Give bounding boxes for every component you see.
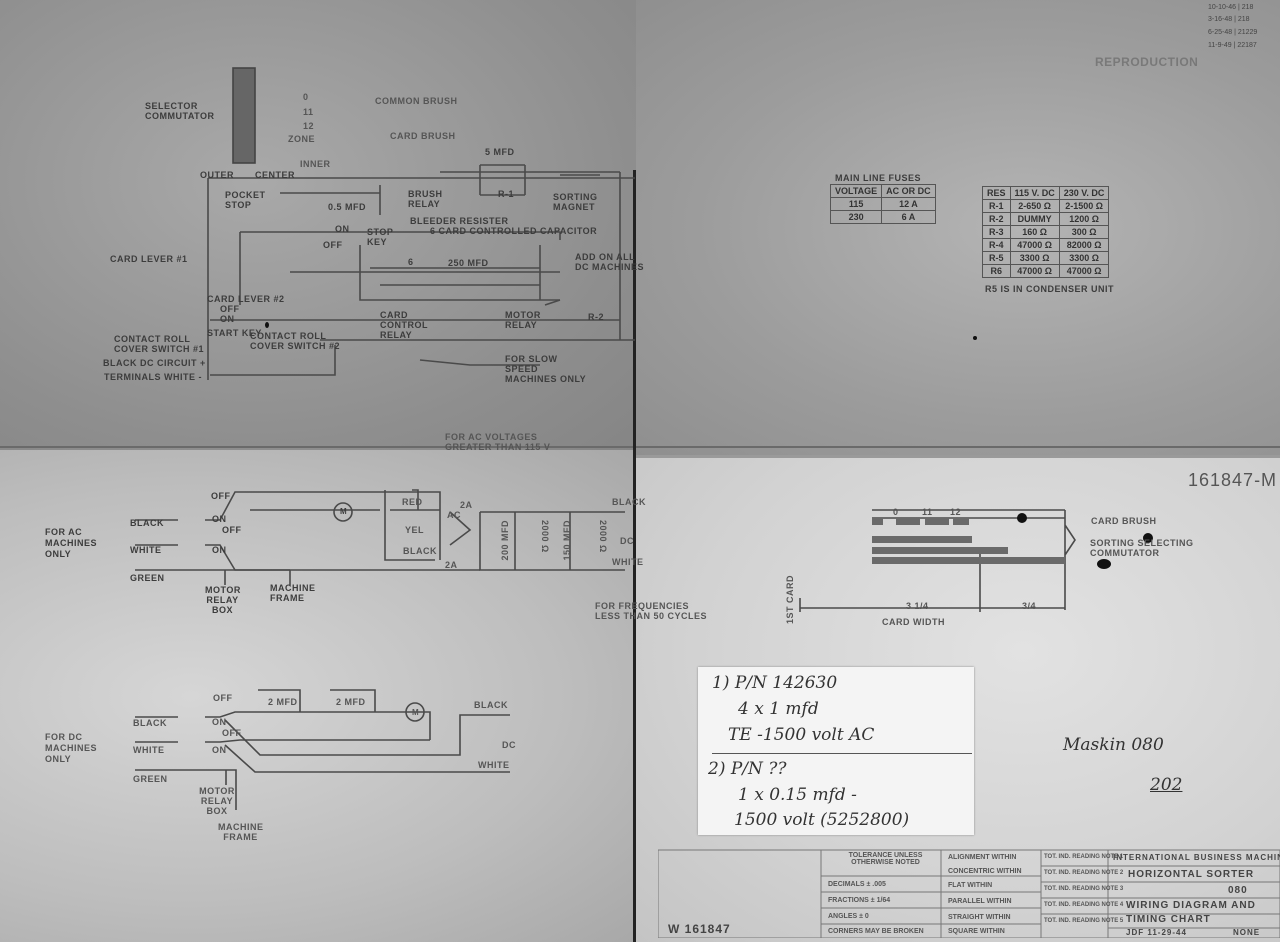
dc-green: GREEN bbox=[133, 774, 168, 784]
ac-out-dc: DC bbox=[620, 536, 634, 546]
tolerance-fractions: FRACTIONS ± 1/64 bbox=[828, 897, 890, 904]
tolerance-decimals: DECIMALS ± .005 bbox=[828, 881, 886, 888]
label-r1: R-1 bbox=[498, 189, 514, 199]
note-5: TOT. IND. READING NOTE 5 bbox=[1044, 918, 1123, 924]
dc-motor-label: M bbox=[412, 708, 419, 718]
geo-concentric: CONCENTRIC WITHIN bbox=[948, 868, 1022, 875]
dc-motor-relay-box: MOTOR RELAY BOX bbox=[198, 786, 236, 816]
dc-switch-off-1: OFF bbox=[213, 693, 233, 703]
table-row: 115 12 A bbox=[831, 198, 936, 211]
label-bleeder-resister: BLEEDER RESISTER bbox=[410, 216, 509, 226]
corners-note: CORNERS MAY BE BROKEN bbox=[828, 928, 924, 935]
table-row: R-447000 Ω82000 Ω bbox=[983, 239, 1109, 252]
label-terminals-white: TERMINALS WHITE - bbox=[104, 372, 202, 382]
table-row: 230 6 A bbox=[831, 211, 936, 224]
table-row: R647000 Ω47000 Ω bbox=[983, 265, 1109, 278]
note-2: TOT. IND. READING NOTE 2 bbox=[1044, 870, 1123, 876]
drawing-name-2: TIMING CHART bbox=[1126, 914, 1211, 925]
revision-block: 10-10-46 | 218 3-16-48 | 218 6-25-48 | 2… bbox=[1205, 0, 1280, 55]
geo-alignment: ALIGNMENT WITHIN bbox=[948, 854, 1016, 861]
fuses-header-acdc: AC OR DC bbox=[882, 185, 936, 198]
ac-2a-top: 2A bbox=[460, 500, 473, 510]
label-card-controlled-capacitor: 6 CARD CONTROLLED CAPACITOR bbox=[430, 226, 597, 236]
label-lever-off: OFF bbox=[220, 304, 240, 314]
ac-motor-relay-box: MOTOR RELAY BOX bbox=[205, 585, 240, 615]
ac-motor-label: M bbox=[340, 507, 347, 517]
timing-1st-card: 1ST CARD bbox=[785, 575, 795, 624]
ac-200-mfd: 200 MFD bbox=[500, 520, 510, 561]
tolerance-header: TOLERANCE UNLESS OTHERWISE NOTED bbox=[838, 852, 933, 866]
dc-switch-on-2: ON bbox=[212, 745, 227, 755]
dc-2-mfd-2: 2 MFD bbox=[336, 697, 366, 707]
label-center: CENTER bbox=[255, 170, 295, 180]
ac-green: GREEN bbox=[130, 573, 165, 583]
scale: NONE bbox=[1233, 928, 1260, 937]
timing-card-brush: CARD BRUSH bbox=[1091, 516, 1157, 526]
ac-machine-frame: MACHINE FRAME bbox=[270, 583, 315, 603]
label-card-lever-2: CARD LEVER #2 bbox=[207, 294, 285, 304]
ac-white: WHITE bbox=[130, 545, 162, 555]
ac-2000-ohm-1: 2000 Ω bbox=[540, 520, 550, 553]
revision-entry: 11-9-49 | 22187 bbox=[1208, 42, 1257, 49]
machine-name: HORIZONTAL SORTER bbox=[1128, 869, 1254, 880]
dc-machine-frame: MACHINE FRAME bbox=[218, 822, 263, 842]
timing-card-width: CARD WIDTH bbox=[882, 617, 945, 627]
drawn-by: JDF 11-29-44 bbox=[1126, 928, 1187, 937]
table-row: R-53300 Ω3300 Ω bbox=[983, 252, 1109, 265]
timing-col-12: 12 bbox=[950, 507, 961, 517]
label-off: OFF bbox=[323, 240, 343, 250]
ac-out-white: WHITE bbox=[612, 557, 644, 567]
label-lever-on: ON bbox=[220, 314, 235, 324]
label-on: ON bbox=[335, 224, 350, 234]
handwritten-note: 1) P/N 142630 4 x 1 mfd TE -1500 volt AC… bbox=[698, 667, 974, 835]
timing-3-4: 3/4 bbox=[1022, 601, 1036, 611]
geo-parallel: PARALLEL WITHIN bbox=[948, 898, 1012, 905]
fuses-title: MAIN LINE FUSES bbox=[835, 173, 921, 183]
label-6: 6 bbox=[408, 257, 414, 267]
label-zone-11: 11 bbox=[303, 107, 314, 117]
ac-2000-ohm-2: 2000 Ω bbox=[598, 520, 608, 553]
ac-switch-on-1: ON bbox=[212, 514, 227, 524]
label-black-dc-circuit: BLACK DC CIRCUIT + bbox=[103, 358, 206, 368]
ac-switch-off-1: OFF bbox=[211, 491, 231, 501]
label-common-brush: COMMON BRUSH bbox=[375, 96, 458, 106]
timing-commutator: COMMUTATOR bbox=[1090, 548, 1160, 558]
revision-entry: 10-10-46 | 218 bbox=[1208, 4, 1253, 11]
label-contact-roll-2: CONTACT ROLL COVER SWITCH #2 bbox=[250, 331, 340, 351]
label-sorting-magnet: SORTING MAGNET bbox=[553, 192, 603, 212]
handwritten-machine: Maskin 080 bbox=[1063, 735, 1164, 755]
handwritten-number: 202 bbox=[1150, 775, 1182, 795]
dc-2-mfd-1: 2 MFD bbox=[268, 697, 298, 707]
reproduction-stamp: REPRODUCTION bbox=[1095, 57, 1198, 67]
dc-machines-title: FOR DC MACHINES ONLY bbox=[45, 732, 100, 765]
label-slow-speed: FOR SLOW SPEED MACHINES ONLY bbox=[505, 354, 590, 384]
ac-black-lead: BLACK bbox=[403, 546, 437, 556]
ac-black: BLACK bbox=[130, 518, 164, 528]
dc-white: WHITE bbox=[133, 745, 165, 755]
label-motor-relay: MOTOR RELAY bbox=[505, 310, 545, 330]
geo-straight: STRAIGHT WITHIN bbox=[948, 914, 1011, 921]
main-line-fuses-table: VOLTAGE AC OR DC 115 12 A 230 6 A bbox=[830, 184, 936, 224]
dc-out-black: BLACK bbox=[474, 700, 508, 710]
resistor-table: RES 115 V. DC 230 V. DC R-12-650 Ω2-1500… bbox=[982, 186, 1109, 278]
label-5-mfd: 5 MFD bbox=[485, 147, 515, 157]
label-selector: SELECTOR bbox=[145, 101, 198, 111]
label-pocket-stop: POCKET STOP bbox=[225, 190, 265, 210]
ac-ac: AC bbox=[447, 510, 461, 520]
note-line: 1500 volt (5252800) bbox=[734, 810, 909, 830]
dc-switch-on-1: ON bbox=[212, 717, 227, 727]
ac-switch-on-2: ON bbox=[212, 545, 227, 555]
label-zone-0: 0 bbox=[303, 92, 309, 102]
timing-sorting-selecting: SORTING SELECTING bbox=[1090, 538, 1194, 548]
label-contact-roll-1: CONTACT ROLL COVER SWITCH #1 bbox=[114, 334, 209, 354]
ac-150-mfd: 150 MFD bbox=[562, 520, 572, 561]
timing-3-1-4: 3 1/4 bbox=[906, 601, 929, 611]
note-3: TOT. IND. READING NOTE 3 bbox=[1044, 886, 1123, 892]
drawing-number: 161847-M bbox=[1188, 470, 1277, 491]
revision-entry: 6-25-48 | 21229 bbox=[1208, 29, 1257, 36]
dc-switch-off-2: OFF bbox=[222, 728, 242, 738]
revision-entry: 3-16-48 | 218 bbox=[1208, 16, 1250, 23]
label-r2: R-2 bbox=[588, 312, 604, 322]
table-row: R-2DUMMY1200 Ω bbox=[983, 213, 1109, 226]
resistor-footnote: R5 IS IN CONDENSER UNIT bbox=[985, 284, 1114, 294]
fuses-header-voltage: VOLTAGE bbox=[831, 185, 882, 198]
geo-flat: FLAT WITHIN bbox=[948, 882, 992, 889]
label-card-lever-1: CARD LEVER #1 bbox=[110, 254, 188, 264]
label-stop-key: STOP KEY bbox=[367, 227, 395, 247]
label-zone-12: 12 bbox=[303, 121, 314, 131]
note-line: TE -1500 volt AC bbox=[728, 725, 874, 745]
ac-voltages-note: FOR AC VOLTAGES GREATER THAN 115 V bbox=[445, 432, 555, 452]
label-250-mfd: 250 MFD bbox=[448, 258, 489, 268]
note-1: TOT. IND. READING NOTE 1 bbox=[1044, 854, 1123, 860]
label-add-on-all-dc: ADD ON ALL DC MACHINES bbox=[575, 252, 645, 272]
ac-2a-bottom: 2A bbox=[445, 560, 458, 570]
note-line: 4 x 1 mfd bbox=[738, 699, 819, 719]
company-name: INTERNATIONAL BUSINESS MACHINES CORP. bbox=[1113, 853, 1280, 862]
sheet-number: W 161847 bbox=[668, 922, 731, 936]
note-line: 1) P/N 142630 bbox=[712, 673, 837, 693]
label-05-mfd: 0.5 MFD bbox=[328, 202, 366, 212]
label-card-control-relay: CARD CONTROL RELAY bbox=[380, 310, 440, 340]
dc-black: BLACK bbox=[133, 718, 167, 728]
machine-model: 080 bbox=[1228, 885, 1248, 896]
ac-machines-title: FOR AC MACHINES ONLY bbox=[45, 527, 100, 560]
label-outer: OUTER bbox=[200, 170, 234, 180]
timing-col-11: 11 bbox=[922, 507, 933, 517]
ac-out-black: BLACK bbox=[612, 497, 646, 507]
ac-frequencies-note: FOR FREQUENCIES LESS THAN 50 CYCLES bbox=[595, 601, 715, 621]
note-line: 1 x 0.15 mfd - bbox=[738, 785, 857, 805]
ac-yel: YEL bbox=[405, 525, 424, 535]
wiring-diagram-lines bbox=[0, 0, 1280, 942]
label-card-brush: CARD BRUSH bbox=[390, 131, 456, 141]
note-4: TOT. IND. READING NOTE 4 bbox=[1044, 902, 1123, 908]
label-zone: ZONE bbox=[288, 134, 315, 144]
geo-square: SQUARE WITHIN bbox=[948, 928, 1005, 935]
label-commutator: COMMUTATOR bbox=[145, 111, 215, 121]
ac-red: RED bbox=[402, 497, 423, 507]
label-brush-relay: BRUSH RELAY bbox=[408, 189, 453, 209]
table-row: R-3160 Ω300 Ω bbox=[983, 226, 1109, 239]
table-row: R-12-650 Ω2-1500 Ω bbox=[983, 200, 1109, 213]
drawing-name-1: WIRING DIAGRAM AND bbox=[1126, 900, 1256, 911]
ac-switch-off-2: OFF bbox=[222, 525, 242, 535]
note-line: 2) P/N ?? bbox=[708, 759, 787, 779]
tolerance-angles: ANGLES ± 0 bbox=[828, 913, 869, 920]
title-block: TOLERANCE UNLESS OTHERWISE NOTED DECIMAL… bbox=[658, 848, 1280, 938]
label-inner: INNER bbox=[300, 159, 331, 169]
dc-out-white: WHITE bbox=[478, 760, 510, 770]
note-divider bbox=[712, 753, 972, 754]
timing-col-0: 0 bbox=[893, 507, 899, 517]
dc-out-dc: DC bbox=[502, 740, 516, 750]
